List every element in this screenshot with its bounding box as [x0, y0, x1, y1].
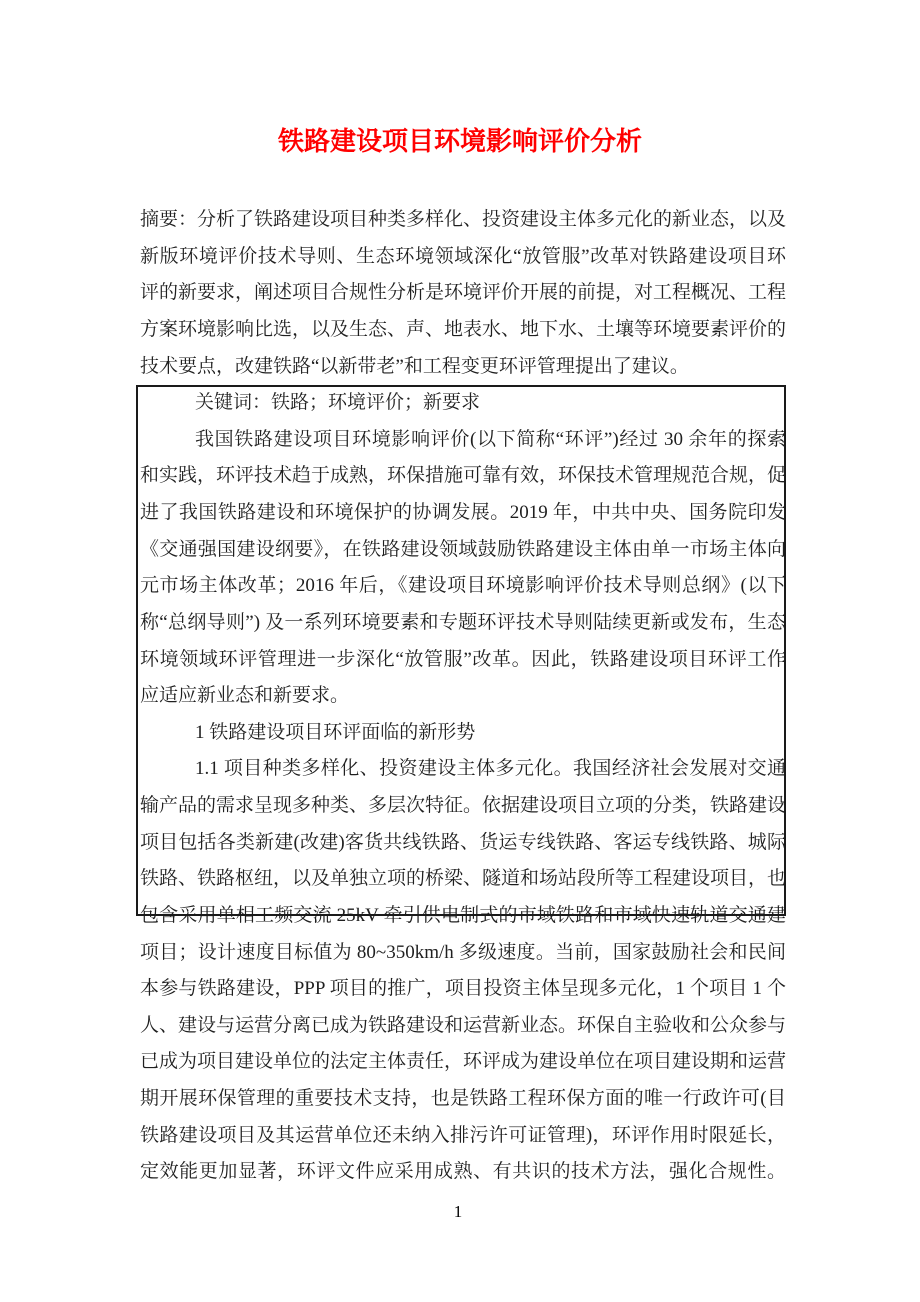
text-line: 关键词：铁路；环境评价；新要求 [140, 385, 786, 422]
text-line: 环境领域环评管理进一步深化“放管服”改革。因此，铁路建设项目环评工作 [140, 642, 786, 679]
text-line: 我国铁路建设项目环境影响评价(以下简称“环评”)经过 30 余年的探索 [140, 422, 786, 459]
text-line: 项目包括各类新建(改建)客货共线铁路、货运专线铁路、客运专线铁路、城际 [140, 825, 786, 862]
text-line: 技术要点，改建铁路“以新带老”和工程变更环评管理提出了建议。 [140, 349, 786, 386]
text-line: 新版环境评价技术导则、生态环境领域深化“放管服”改革对铁路建设项目环 [140, 239, 786, 276]
page-number: 1 [0, 1200, 916, 1224]
text-line: 输产品的需求呈现多种类、多层次特征。依据建设项目立项的分类，铁路建设 [140, 788, 786, 825]
text-line: 期开展环保管理的重要技术支持，也是铁路工程环保方面的唯一行政许可(目前 [140, 1081, 786, 1118]
text-line: 元市场主体改革；2016 年后，《建设项目环境影响评价技术导则总纲》(以下简 [140, 568, 786, 605]
text-line: 应适应新业态和新要求。 [140, 678, 786, 715]
text-line: 铁路、铁路枢纽，以及单独立项的桥梁、隧道和场站段所等工程建设项目，也 [140, 861, 786, 898]
text-line: 称“总纲导则”) 及一系列环境要素和专题环评技术导则陆续更新或发布，生态 [140, 605, 786, 642]
text-line: 《交通强国建设纲要》，在铁路建设领域鼓励铁路建设主体由单一市场主体向多 [140, 532, 786, 569]
text-line: 1.1 项目种类多样化、投资建设主体多元化。我国经济社会发展对交通运 [140, 751, 786, 788]
text-line: 项目；设计速度目标值为 80~350km/h 多级速度。当前，国家鼓励社会和民间… [140, 935, 786, 972]
text-line: 人、建设与运营分离已成为铁路建设和运营新业态。环保自主验收和公众参与 [140, 1008, 786, 1045]
text-line: 本参与铁路建设，PPP 项目的推广，项目投资主体呈现多元化，1 个项目 1 个法 [140, 971, 786, 1008]
document-title: 铁路建设项目环境影响评价分析 [0, 121, 920, 158]
text-line: 铁路建设项目及其运营单位还未纳入排污许可证管理)，环评作用时限延长，法 [140, 1118, 786, 1155]
text-line: 方案环境影响比选，以及生态、声、地表水、地下水、土壤等环境要素评价的 [140, 312, 786, 349]
text-line: 定效能更加显著，环评文件应采用成熟、有共识的技术方法，强化合规性。1.2 [140, 1154, 786, 1191]
body-text: 摘要：分析了铁路建设项目种类多样化、投资建设主体多元化的新业态，以及新版环境评价… [140, 202, 786, 1191]
text-line: 和实践，环评技术趋于成熟，环保措施可靠有效，环保技术管理规范合规，促 [140, 458, 786, 495]
text-line: 已成为项目建设单位的法定主体责任，环评成为建设单位在项目建设期和运营 [140, 1044, 786, 1081]
text-line: 评的新要求，阐述项目合规性分析是环境评价开展的前提，对工程概况、工程 [140, 275, 786, 312]
document-page: 铁路建设项目环境影响评价分析 摘要：分析了铁路建设项目种类多样化、投资建设主体多… [0, 0, 920, 1302]
text-line: 进了我国铁路建设和环境保护的协调发展。2019 年，中共中央、国务院印发了 [140, 495, 786, 532]
text-line: 1 铁路建设项目环评面临的新形势 [140, 715, 786, 752]
text-line: 包含采用单相工频交流 25kV 牵引供电制式的市域铁路和市域快速轨道交通建设 [140, 898, 786, 935]
text-line: 摘要：分析了铁路建设项目种类多样化、投资建设主体多元化的新业态，以及 [140, 202, 786, 239]
